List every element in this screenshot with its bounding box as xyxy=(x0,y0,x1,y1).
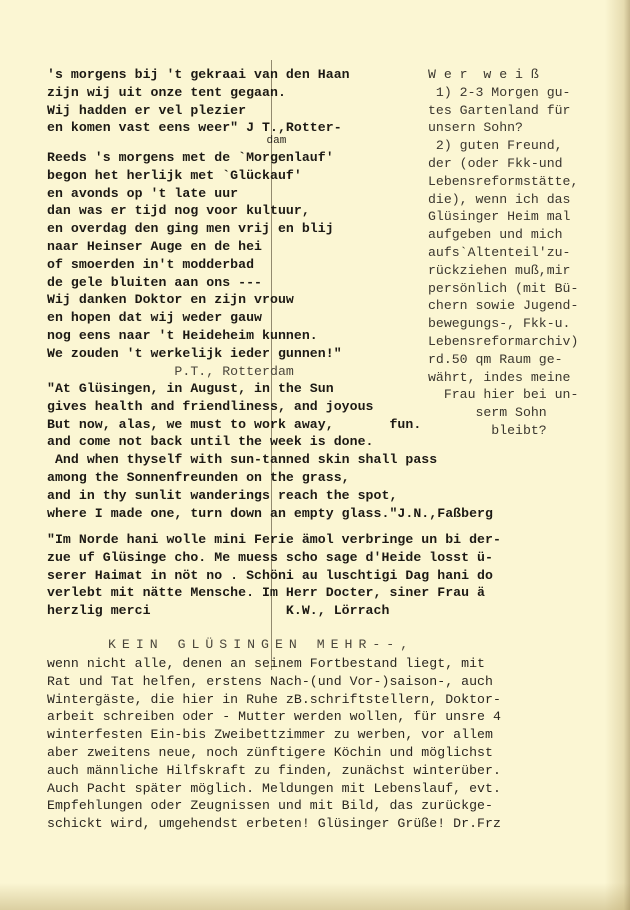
text-line: Empfehlungen oder Zeugnissen und mit Bil… xyxy=(47,797,501,815)
text-line: winterfesten Ein-bis Zweibettzimmer zu w… xyxy=(47,726,501,744)
text-line: gives health and friendliness, and joyou… xyxy=(47,398,493,416)
text-line: chern sowie Jugend- xyxy=(428,297,578,315)
text-line: persönlich (mit Bü- xyxy=(428,280,578,298)
text-line: Lebensreformarchiv) xyxy=(428,333,578,351)
poem-dutch-2: Reeds 's morgens met de `Morgenlauf' beg… xyxy=(47,149,342,380)
text-line: of smoerden in't modderbad xyxy=(47,256,342,274)
text-line: serm Sohn xyxy=(428,404,578,422)
text-line: der (oder Fkk-und xyxy=(428,155,578,173)
text-line: nog eens naar 't Heideheim kunnen. xyxy=(47,327,342,345)
text-line: Lebensreformstätte, xyxy=(428,173,578,191)
text-line: arbeit schreiben oder - Mutter werden wo… xyxy=(47,708,501,726)
text-line: But now, alas, we must to work away, fun… xyxy=(47,416,493,434)
text-line: rd.50 qm Raum ge- xyxy=(428,351,578,369)
text-line: dam xyxy=(47,137,350,145)
text-line: en avonds op 't late uur xyxy=(47,185,342,203)
text-line: Wintergäste, die hier in Ruhe zB.schrift… xyxy=(47,691,501,709)
typewritten-page: 's morgens bij 't gekraai van den Haan z… xyxy=(0,0,630,910)
text-line: zue uf Glüsinge cho. Me muess scho sage … xyxy=(47,549,501,567)
text-line: wenn nicht alle, denen an seinem Fortbes… xyxy=(47,655,501,673)
text-line: en overdag den ging men vrij en blij xyxy=(47,220,342,238)
text-line: Rat und Tat helfen, erstens Nach-(und Vo… xyxy=(47,673,501,691)
text-line: Auch Pacht später möglich. Meldungen mit… xyxy=(47,780,501,798)
text-line: Wij danken Doktor en zijn vrouw xyxy=(47,291,342,309)
text-line: aber zweitens neue, noch zünftigere Köch… xyxy=(47,744,501,762)
text-line: bleibt? xyxy=(428,422,578,440)
text-line: 's morgens bij 't gekraai van den Haan xyxy=(47,66,350,84)
text-line: de gele bluiten aan ons --- xyxy=(47,274,342,292)
notice-heading: KEIN GLÜSINGEN MEHR--, xyxy=(108,636,414,654)
right-column-wer-weiss: W e r w e i ß 1) 2-3 Morgen gu- tes Gart… xyxy=(428,66,578,440)
text-line: bewegungs-, Fkk-u. xyxy=(428,315,578,333)
text-line: among the Sonnenfreunden on the grass, xyxy=(47,469,493,487)
text-line: 2) guten Freund, xyxy=(428,137,578,155)
text-line: Frau hier bei un- xyxy=(428,386,578,404)
text-line: and in thy sunlit wanderings reach the s… xyxy=(47,487,493,505)
text-line: Glüsinger Heim mal xyxy=(428,208,578,226)
text-line: Wij hadden er vel plezier xyxy=(47,102,350,120)
text-line: dan was er tijd nog voor kultuur, xyxy=(47,202,342,220)
poem-dutch-1: 's morgens bij 't gekraai van den Haan z… xyxy=(47,66,350,145)
text-line: verlebt mit nätte Mensche. Im Herr Docte… xyxy=(47,584,501,602)
text-line: serer Haimat in nöt no . Schöni au lusch… xyxy=(47,567,501,585)
signature: P.T., Rotterdam xyxy=(47,363,342,381)
text-line: And when thyself with sun-tanned skin sh… xyxy=(47,451,493,469)
text-line: "At Glüsingen, in August, in the Sun xyxy=(47,380,493,398)
text-line: auch männliche Hilfskraft zu finden, zun… xyxy=(47,762,501,780)
text-line: 1) 2-3 Morgen gu- xyxy=(428,84,578,102)
text-line: tes Gartenland für xyxy=(428,102,578,120)
text-line: where I made one, turn down an empty gla… xyxy=(47,505,493,523)
swiss-note: "Im Norde hani wolle mini Ferie ämol ver… xyxy=(47,531,501,620)
text-line: schickt wird, umgehendst erbeten! Glüsin… xyxy=(47,815,501,833)
text-line: herzlig merci K.W., Lörrach xyxy=(47,602,501,620)
text-line: en hopen dat wij weder gauw xyxy=(47,309,342,327)
text-line: aufgeben und mich xyxy=(428,226,578,244)
poem-english: "At Glüsingen, in August, in the Sun giv… xyxy=(47,380,493,522)
text-line: W e r w e i ß xyxy=(428,66,578,84)
text-line: währt, indes meine xyxy=(428,369,578,387)
text-line: unsern Sohn? xyxy=(428,119,578,137)
text-line: begon het herlijk met `Glückauf' xyxy=(47,167,342,185)
text-line: "Im Norde hani wolle mini Ferie ämol ver… xyxy=(47,531,501,549)
text-line: die), wenn ich das xyxy=(428,191,578,209)
text-line: naar Heinser Auge en de hei xyxy=(47,238,342,256)
text-line: aufs`Altenteil'zu- xyxy=(428,244,578,262)
text-line: We zouden 't werkelijk ieder gunnen!" xyxy=(47,345,342,363)
text-line: Reeds 's morgens met de `Morgenlauf' xyxy=(47,149,342,167)
text-line: zijn wij uit onze tent gegaan. xyxy=(47,84,350,102)
notice-body: wenn nicht alle, denen an seinem Fortbes… xyxy=(47,655,501,833)
text-line: rückziehen muß,mir xyxy=(428,262,578,280)
text-line: and come not back until the week is done… xyxy=(47,433,493,451)
